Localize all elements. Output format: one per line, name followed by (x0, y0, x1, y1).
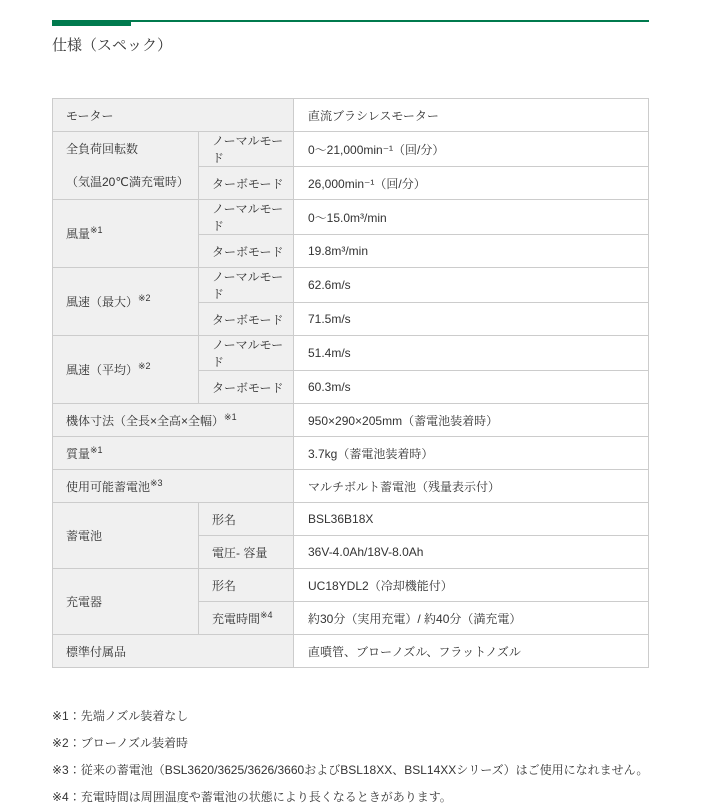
spec-mode-turbo: ターボモード (199, 167, 294, 200)
spec-mode-turbo: ターボモード (199, 303, 294, 336)
divider-accent-segment (52, 20, 131, 26)
spec-label-air-volume: 風量※1 (53, 200, 199, 268)
table-row: モーター 直流ブラシレスモーター (53, 99, 649, 132)
footnote-4: ※4：充電時間は周囲温度や蓄電池の状態により長くなるときがあります。 (52, 789, 649, 803)
divider-thin-line (52, 20, 649, 22)
spec-value-air-volume-turbo: 19.8m³/min (294, 235, 649, 268)
spec-label-accessories: 標準付属品 (53, 635, 294, 668)
spec-label-dimensions: 機体寸法（全長×全高×全幅）※1 (53, 404, 294, 437)
spec-table: モーター 直流ブラシレスモーター 全負荷回転数 （気温20℃満充電時） ノーマル… (52, 98, 649, 668)
spec-label-usable-battery: 使用可能蓄電池※3 (53, 470, 294, 503)
page-title: 仕様（スペック） (52, 36, 649, 56)
footnote-1: ※1：先端ノズル装着なし (52, 708, 649, 725)
spec-sub-charge-time: 充電時間※4 (199, 602, 294, 635)
spec-value-usable-battery: マルチボルト蓄電池（残量表示付） (294, 470, 649, 503)
spec-label-weight: 質量※1 (53, 437, 294, 470)
footnote-2: ※2：ブローノズル装着時 (52, 735, 649, 752)
table-row: 蓄電池 形名 BSL36B18X (53, 503, 649, 536)
table-row: 風量※1 ノーマルモード 0〜15.0m³/min (53, 200, 649, 235)
table-row: 質量※1 3.7kg（蓄電池装着時） (53, 437, 649, 470)
spec-label-rotation: 全負荷回転数 （気温20℃満充電時） (53, 132, 199, 200)
spec-sub-charger-model: 形名 (199, 569, 294, 602)
spec-sub-battery-voltage: 電圧- 容量 (199, 536, 294, 569)
spec-value-rotation-normal: 0〜21,000min⁻¹（回/分） (294, 132, 649, 167)
spec-value-charger-model: UC18YDL2（冷却機能付） (294, 569, 649, 602)
spec-value-air-speed-max-normal: 62.6m/s (294, 268, 649, 303)
spec-mode-normal: ノーマルモード (199, 132, 294, 167)
spec-value-accessories: 直噴管、ブローノズル、フラットノズル (294, 635, 649, 668)
table-row: 風速（最大）※2 ノーマルモード 62.6m/s (53, 268, 649, 303)
spec-label-charger: 充電器 (53, 569, 199, 635)
table-row: 使用可能蓄電池※3 マルチボルト蓄電池（残量表示付） (53, 470, 649, 503)
footnote-3: ※3：従来の蓄電池（BSL3620/3625/3626/3660およびBSL18… (52, 762, 649, 779)
spec-value-charge-time: 約30分（実用充電）/ 約40分（満充電） (294, 602, 649, 635)
spec-mode-turbo: ターボモード (199, 371, 294, 404)
spec-label-battery: 蓄電池 (53, 503, 199, 569)
spec-mode-normal: ノーマルモード (199, 336, 294, 371)
spec-value-battery-voltage: 36V-4.0Ah/18V-8.0Ah (294, 536, 649, 569)
spec-label-air-speed-avg: 風速（平均）※2 (53, 336, 199, 404)
spec-value-air-speed-avg-normal: 51.4m/s (294, 336, 649, 371)
spec-label-air-speed-max: 風速（最大）※2 (53, 268, 199, 336)
spec-mode-normal: ノーマルモード (199, 268, 294, 303)
spec-section: 仕様（スペック） モーター 直流ブラシレスモーター 全負荷回転数 （気温20℃満… (52, 20, 649, 803)
table-row: 標準付属品 直噴管、ブローノズル、フラットノズル (53, 635, 649, 668)
spec-value-battery-model: BSL36B18X (294, 503, 649, 536)
spec-value-motor: 直流ブラシレスモーター (294, 99, 649, 132)
spec-value-air-speed-max-turbo: 71.5m/s (294, 303, 649, 336)
table-row: 風速（平均）※2 ノーマルモード 51.4m/s (53, 336, 649, 371)
table-row: 全負荷回転数 （気温20℃満充電時） ノーマルモード 0〜21,000min⁻¹… (53, 132, 649, 167)
spec-mode-normal: ノーマルモード (199, 200, 294, 235)
spec-value-dimensions: 950×290×205mm（蓄電池装着時） (294, 404, 649, 437)
spec-value-rotation-turbo: 26,000min⁻¹（回/分） (294, 167, 649, 200)
spec-sub-battery-model: 形名 (199, 503, 294, 536)
spec-value-weight: 3.7kg（蓄電池装着時） (294, 437, 649, 470)
spec-label-motor: モーター (53, 99, 294, 132)
table-row: 充電器 形名 UC18YDL2（冷却機能付） (53, 569, 649, 602)
footnotes: ※1：先端ノズル装着なし ※2：ブローノズル装着時 ※3：従来の蓄電池（BSL3… (52, 708, 649, 803)
spec-value-air-volume-normal: 0〜15.0m³/min (294, 200, 649, 235)
spec-value-air-speed-avg-turbo: 60.3m/s (294, 371, 649, 404)
table-row: 機体寸法（全長×全高×全幅）※1 950×290×205mm（蓄電池装着時） (53, 404, 649, 437)
section-divider (52, 20, 649, 26)
spec-mode-turbo: ターボモード (199, 235, 294, 268)
